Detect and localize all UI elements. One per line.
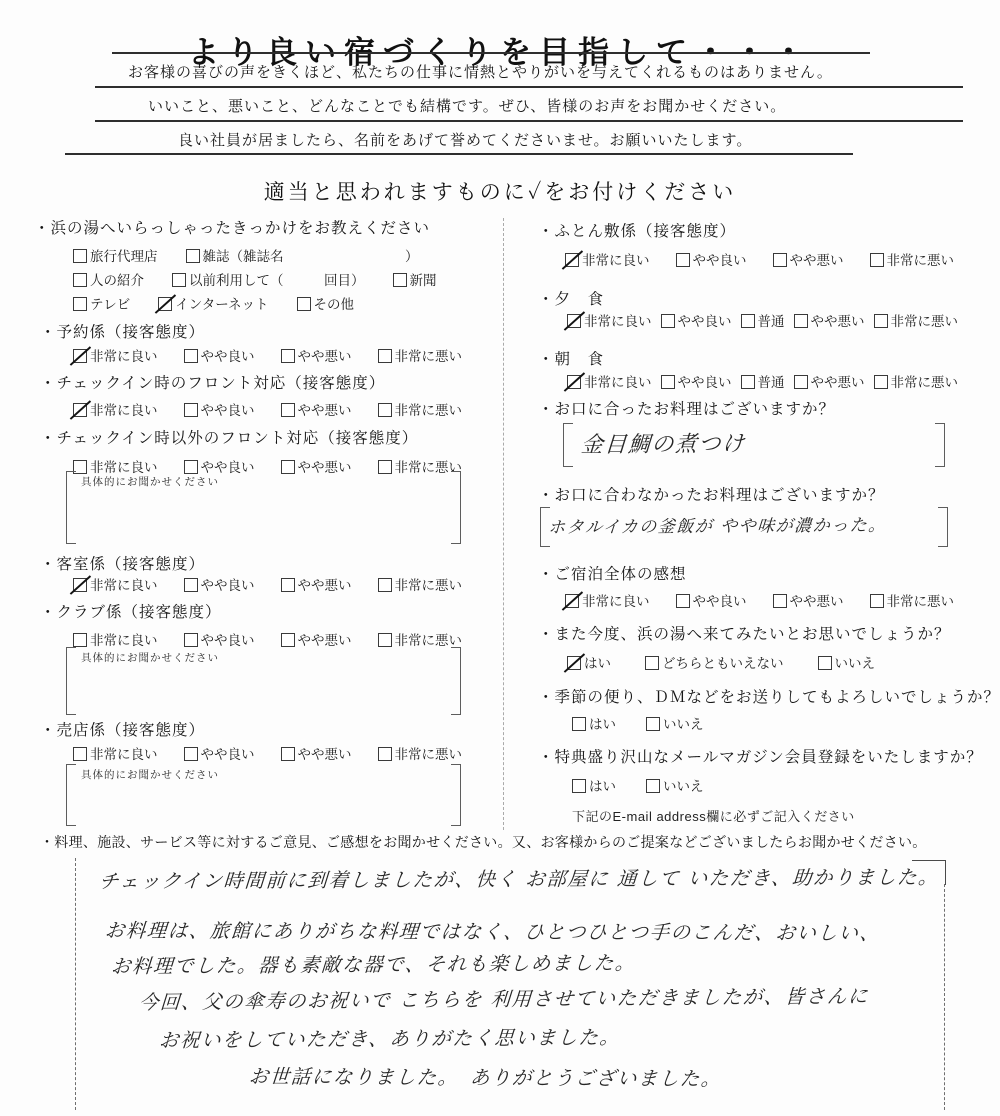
checkbox-label: やや良い: [201, 578, 255, 593]
checkbox[interactable]: [874, 375, 888, 389]
checkbox[interactable]: [281, 633, 295, 647]
checkbox-label: やや悪い: [298, 633, 352, 648]
left-bracket: [563, 423, 573, 467]
checkbox-option[interactable]: いいえ: [818, 652, 876, 672]
checkbox-option[interactable]: やや悪い: [281, 345, 352, 365]
comments-heading: ・料理、施設、サービス等に対するご意見、ご感想をお聞かせください。又、お客様から…: [40, 832, 927, 852]
checkbox-option[interactable]: 人の紹介: [73, 269, 144, 289]
options-row: 非常に良いやや良いやや悪い非常に悪い: [73, 399, 462, 419]
checkbox-option[interactable]: やや良い: [676, 249, 747, 269]
checkbox-label: 非常に悪い: [395, 633, 463, 648]
checkbox-option[interactable]: 非常に良い: [73, 743, 158, 763]
checkbox-label: 非常に良い: [90, 403, 158, 418]
checkbox-option[interactable]: やや悪い: [773, 249, 844, 269]
right-bracket: [451, 471, 461, 544]
email-note: 下記のE-mail address欄に必ずご記入ください: [572, 806, 855, 825]
checkbox-option[interactable]: 旅行代理店: [73, 245, 158, 265]
question-title-trigger: ・浜の湯へいらっしゃったきっかけをお教えください: [34, 216, 430, 238]
checkbox-label: 非常に良い: [90, 349, 158, 364]
checkbox[interactable]: [73, 633, 87, 647]
checkbox[interactable]: [773, 253, 787, 267]
checkbox-label: はい: [584, 656, 611, 671]
options-row: 非常に良いやや良いやや悪い非常に悪い: [73, 345, 462, 365]
left-bracket: [66, 764, 76, 826]
checkbox[interactable]: [378, 633, 392, 647]
checkbox-checked[interactable]: [565, 253, 579, 267]
checkbox[interactable]: [645, 656, 659, 670]
checkbox[interactable]: [281, 403, 295, 417]
checkbox-label: やや悪い: [298, 349, 352, 364]
checkbox-label: やや良い: [678, 375, 732, 390]
checkbox-label: やや良い: [201, 747, 255, 762]
checkbox-option[interactable]: やや悪い: [794, 310, 865, 330]
checkbox-label: はい: [589, 779, 616, 794]
comment-area-left-edge: [75, 858, 76, 1110]
handwritten-comment-line: 今回、父の傘寿のお祝いで こちらを 利用させていただきましたが、皆さんに: [138, 981, 870, 1015]
options-row: テレビインターネットその他: [73, 293, 354, 313]
checkbox[interactable]: [184, 747, 198, 761]
checkbox-option[interactable]: テレビ: [73, 293, 130, 313]
checkbox[interactable]: [281, 747, 295, 761]
checkbox-option[interactable]: どちらともいえない: [645, 652, 784, 672]
checkbox-option[interactable]: 非常に悪い: [870, 249, 955, 269]
checkbox[interactable]: [572, 779, 586, 793]
options-row: 非常に良いやや良いやや悪い非常に悪い: [73, 574, 462, 594]
handwritten-comment-line: お祝いをしていただき、ありがたく思いました。: [158, 1022, 621, 1053]
intro-line: お客様の喜びの声をきくほど、私たちの仕事に情熱とやりがいを与えてくれるものはあり…: [128, 61, 833, 82]
checkbox[interactable]: [297, 297, 311, 311]
checkbox-option[interactable]: やや悪い: [794, 371, 865, 391]
question-title-overall: ・ご宿泊全体の感想: [538, 562, 687, 584]
column-divider: [503, 218, 504, 830]
checkbox-option[interactable]: 非常に悪い: [874, 371, 959, 391]
horizontal-rule: [95, 86, 963, 88]
checkbox[interactable]: [646, 779, 660, 793]
checkbox-option[interactable]: 非常に良い: [73, 345, 158, 365]
checkbox-option[interactable]: はい: [572, 775, 616, 795]
checkbox[interactable]: [676, 253, 690, 267]
checkbox[interactable]: [870, 594, 884, 608]
checkbox-label: やや良い: [201, 403, 255, 418]
options-row: 人の紹介以前利用して（ 回目）新聞: [73, 269, 437, 289]
options-row: 非常に良いやや良い普通やや悪い非常に悪い: [567, 310, 958, 330]
checkbox-option[interactable]: 非常に良い: [565, 590, 650, 610]
checkbox-option[interactable]: はい: [567, 652, 611, 672]
handwritten-comment-line: チェックイン時間前に到着しましたが、快く お部屋に 通して いただき、助かりまし…: [98, 862, 940, 894]
checkbox[interactable]: [393, 273, 407, 287]
checkbox-option[interactable]: やや良い: [661, 371, 732, 391]
checkbox-label: 人の紹介: [90, 273, 144, 288]
checkbox[interactable]: [818, 656, 832, 670]
checkbox-checked[interactable]: [567, 375, 581, 389]
checkbox[interactable]: [184, 633, 198, 647]
handwritten-comment-line: お世話になりました。 ありがとうございました。: [248, 1061, 723, 1091]
checkbox-option[interactable]: やや悪い: [281, 743, 352, 763]
checkbox-label: 非常に悪い: [887, 253, 955, 268]
handwritten-answer-liked: 金目鯛の煮つけ: [580, 427, 747, 459]
checkbox-label: 非常に良い: [90, 747, 158, 762]
question-title-club-staff: ・クラブ係（接客態度）: [40, 600, 222, 622]
checkbox-option[interactable]: 非常に悪い: [378, 743, 463, 763]
checkbox-option[interactable]: 非常に悪い: [874, 310, 959, 330]
checkbox-option[interactable]: 非常に悪い: [378, 629, 463, 649]
checkbox[interactable]: [172, 273, 186, 287]
checkbox-label: 旅行代理店: [90, 249, 158, 264]
checkbox-label: 雑誌（雑誌名 ）: [203, 249, 419, 264]
checkbox[interactable]: [378, 349, 392, 363]
checkbox-option[interactable]: やや良い: [184, 743, 255, 763]
checkbox[interactable]: [661, 314, 675, 328]
checkbox-label: 非常に悪い: [891, 314, 959, 329]
checkbox-label: やや良い: [201, 633, 255, 648]
checkbox-label: どちらともいえない: [662, 656, 784, 671]
checkbox[interactable]: [378, 403, 392, 417]
checkbox-label: 非常に悪い: [395, 747, 463, 762]
detail-prompt-label: 具体的にお聞かせください: [81, 474, 219, 489]
horizontal-rule: [95, 120, 963, 122]
detail-writein-box[interactable]: 具体的にお聞かせください: [66, 764, 461, 826]
options-row: 非常に良いやや良いやや悪い非常に悪い: [565, 590, 954, 610]
checkbox-label: 非常に良い: [582, 253, 650, 268]
question-title-reservation: ・予約係（接客態度）: [40, 320, 205, 342]
right-bracket: [935, 423, 945, 467]
checkbox-option[interactable]: 非常に悪い: [378, 345, 463, 365]
checkbox-label: 非常に良い: [90, 578, 158, 593]
checkbox-label: その他: [314, 297, 355, 312]
checkbox-option[interactable]: やや良い: [661, 310, 732, 330]
checkbox[interactable]: [378, 747, 392, 761]
question-title-checkin-front: ・チェックイン時のフロント対応（接客態度）: [40, 371, 385, 393]
checkbox[interactable]: [281, 349, 295, 363]
checkbox-label: 非常に悪い: [395, 578, 463, 593]
question-title-shop-staff: ・売店係（接客態度）: [40, 718, 205, 740]
intro-line: 良い社員が居ましたら、名前をあげて誉めてくださいませ。お願いいたします。: [178, 129, 752, 150]
checkbox-option[interactable]: やや良い: [184, 345, 255, 365]
checkbox-label: 非常に良い: [90, 633, 158, 648]
options-row: 非常に良いやや良いやや悪い非常に悪い: [73, 629, 462, 649]
checkbox-checked[interactable]: [565, 594, 579, 608]
checkbox-option[interactable]: 非常に良い: [567, 371, 652, 391]
checkbox-label: 非常に悪い: [395, 349, 463, 364]
checkbox-option[interactable]: やや悪い: [773, 590, 844, 610]
checkbox[interactable]: [741, 314, 755, 328]
checkbox-option[interactable]: やや良い: [184, 574, 255, 594]
checkbox-label: やや良い: [678, 314, 732, 329]
checkbox-label: 非常に良い: [582, 594, 650, 609]
right-bracket: [451, 764, 461, 826]
checkbox[interactable]: [661, 375, 675, 389]
checkbox-label: 普通: [758, 314, 785, 329]
checkbox-option[interactable]: 非常に悪い: [870, 590, 955, 610]
question-title-dm: ・季節の便り、ＤＭなどをお送りしてもよろしいでしょうか？: [538, 685, 1000, 707]
options-row: はいいいえ: [572, 713, 704, 733]
checkbox-checked[interactable]: [158, 297, 172, 311]
checkbox-option[interactable]: 以前利用して（ 回目）: [172, 269, 365, 289]
checkbox-option[interactable]: その他: [297, 293, 355, 313]
checkbox-label: やや悪い: [298, 578, 352, 593]
checkbox-option[interactable]: やや良い: [676, 590, 747, 610]
question-title-disliked-dish: ・お口に合わなかったお料理はございますか？: [538, 483, 885, 505]
checkbox[interactable]: [281, 578, 295, 592]
checkbox-label: 普通: [758, 375, 785, 390]
question-title-dinner: ・夕 食: [538, 287, 604, 309]
checkbox-option[interactable]: 非常に良い: [73, 399, 158, 419]
intro-line: いいこと、悪いこと、どんなことでも結構です。ぜひ、皆様のお声をお聞かせください。: [148, 95, 786, 116]
right-bracket: [451, 647, 461, 715]
checkbox-option[interactable]: 新聞: [393, 269, 437, 289]
horizontal-rule: [65, 153, 853, 155]
question-title-front-other: ・チェックイン時以外のフロント対応（接客態度）: [40, 426, 418, 448]
checkbox[interactable]: [73, 249, 87, 263]
checkbox-label: やや悪い: [811, 375, 865, 390]
checkbox[interactable]: [572, 717, 586, 731]
options-row: はいどちらともいえないいいえ: [567, 652, 875, 672]
checkbox-option[interactable]: 非常に悪い: [378, 399, 463, 419]
checkbox-label: テレビ: [90, 297, 130, 312]
checkbox-option[interactable]: やや悪い: [281, 399, 352, 419]
checkbox-label: やや良い: [201, 349, 255, 364]
detail-prompt-label: 具体的にお聞かせください: [81, 650, 219, 665]
checkbox-label: 非常に良い: [584, 314, 652, 329]
checkbox-label: やや悪い: [298, 747, 352, 762]
checkbox-label: いいえ: [835, 656, 876, 671]
checkbox-label: 以前利用して（ 回目）: [189, 273, 365, 288]
checkbox[interactable]: [794, 375, 808, 389]
checkbox-label: やや良い: [693, 253, 747, 268]
checkbox[interactable]: [741, 375, 755, 389]
checkbox-checked[interactable]: [567, 656, 581, 670]
checkbox-label: インターネット: [175, 297, 268, 312]
checkbox[interactable]: [73, 747, 87, 761]
options-row: 非常に良いやや良い普通やや悪い非常に悪い: [567, 371, 958, 391]
checkbox-checked[interactable]: [73, 403, 87, 417]
checkbox[interactable]: [676, 594, 690, 608]
checkbox-label: やや悪い: [790, 253, 844, 268]
checkbox[interactable]: [794, 314, 808, 328]
checkbox-checked[interactable]: [73, 349, 87, 363]
options-row: 旅行代理店雑誌（雑誌名 ）: [73, 245, 419, 265]
checkbox-label: やや良い: [693, 594, 747, 609]
checkbox-option[interactable]: 普通: [741, 371, 785, 391]
checkbox-option[interactable]: いいえ: [646, 775, 704, 795]
question-title-futon: ・ふとん敷係（接客態度）: [538, 219, 736, 241]
options-row: 非常に良いやや良いやや悪い非常に悪い: [73, 743, 462, 763]
checkbox[interactable]: [870, 253, 884, 267]
detail-prompt-label: 具体的にお聞かせください: [81, 767, 219, 782]
checkbox-label: やや悪い: [790, 594, 844, 609]
checkbox-option[interactable]: 非常に良い: [565, 249, 650, 269]
checkbox-option[interactable]: 非常に良い: [73, 574, 158, 594]
options-row: 非常に良いやや良いやや悪い非常に悪い: [565, 249, 954, 269]
right-bracket: [938, 507, 948, 547]
checkbox[interactable]: [378, 578, 392, 592]
checkbox-option[interactable]: 非常に悪い: [378, 574, 463, 594]
checkbox-option[interactable]: 普通: [741, 310, 785, 330]
horizontal-rule: [112, 52, 870, 54]
detail-writein-box[interactable]: 具体的にお聞かせください: [66, 647, 461, 715]
checkbox-option[interactable]: やや良い: [184, 399, 255, 419]
checkbox-label: いいえ: [663, 717, 704, 732]
checkbox-label: いいえ: [663, 779, 704, 794]
checkbox-option[interactable]: やや悪い: [281, 574, 352, 594]
checkbox[interactable]: [186, 249, 200, 263]
question-title-breakfast: ・朝 食: [538, 347, 604, 369]
checkbox[interactable]: [73, 297, 87, 311]
checkbox[interactable]: [73, 273, 87, 287]
checkbox-option[interactable]: やや悪い: [281, 629, 352, 649]
checkbox-checked[interactable]: [567, 314, 581, 328]
checkbox-option[interactable]: やや良い: [184, 629, 255, 649]
checkbox-option[interactable]: 非常に良い: [567, 310, 652, 330]
checkbox-option[interactable]: インターネット: [158, 293, 268, 313]
question-title-liked-dish: ・お口に合ったお料理はございますか？: [538, 397, 835, 419]
checkbox[interactable]: [184, 578, 198, 592]
checkbox-label: 非常に良い: [584, 375, 652, 390]
checkbox[interactable]: [184, 349, 198, 363]
checkbox-option[interactable]: 雑誌（雑誌名 ）: [186, 245, 419, 265]
checkbox[interactable]: [184, 403, 198, 417]
detail-writein-box[interactable]: 具体的にお聞かせください: [66, 471, 461, 544]
checkbox[interactable]: [874, 314, 888, 328]
checkbox[interactable]: [773, 594, 787, 608]
checkbox-label: やや悪い: [298, 403, 352, 418]
checkbox-label: 非常に悪い: [887, 594, 955, 609]
comment-area-right-edge: [944, 884, 945, 1110]
question-title-mailmag: ・特典盛り沢山なメールマガジン会員登録をいたしますか？: [538, 745, 983, 767]
handwritten-answer-disliked: ホタルイカの釜飯が やや味が濃かった。: [547, 511, 887, 538]
checkbox-checked[interactable]: [73, 578, 87, 592]
left-bracket: [66, 471, 76, 544]
checkbox[interactable]: [646, 717, 660, 731]
checkbox-label: 非常に悪い: [891, 375, 959, 390]
question-title-room-staff: ・客室係（接客態度）: [40, 552, 205, 574]
left-bracket: [66, 647, 76, 715]
checkbox-label: はい: [589, 717, 616, 732]
question-title-revisit: ・また今度、浜の湯へ来てみたいとお思いでしょうか？: [538, 622, 951, 644]
checkbox-label: 新聞: [410, 273, 437, 288]
instruction-heading: 適当と思われますものに✓をお付けください: [0, 176, 1000, 206]
handwritten-comment-line: お料理は、旅館にありがちな料理ではなく、ひとつひとつ手のこんだ、おいしい、: [104, 915, 882, 946]
checkbox-label: やや悪い: [811, 314, 865, 329]
checkbox-label: 非常に悪い: [395, 403, 463, 418]
checkbox-option[interactable]: いいえ: [646, 713, 704, 733]
checkbox-option[interactable]: はい: [572, 713, 616, 733]
options-row: はいいいえ: [572, 775, 704, 795]
handwritten-comment-line: お料理でした。器も素敵な器で、それも楽しめました。: [110, 947, 637, 979]
checkbox-option[interactable]: 非常に良い: [73, 629, 158, 649]
